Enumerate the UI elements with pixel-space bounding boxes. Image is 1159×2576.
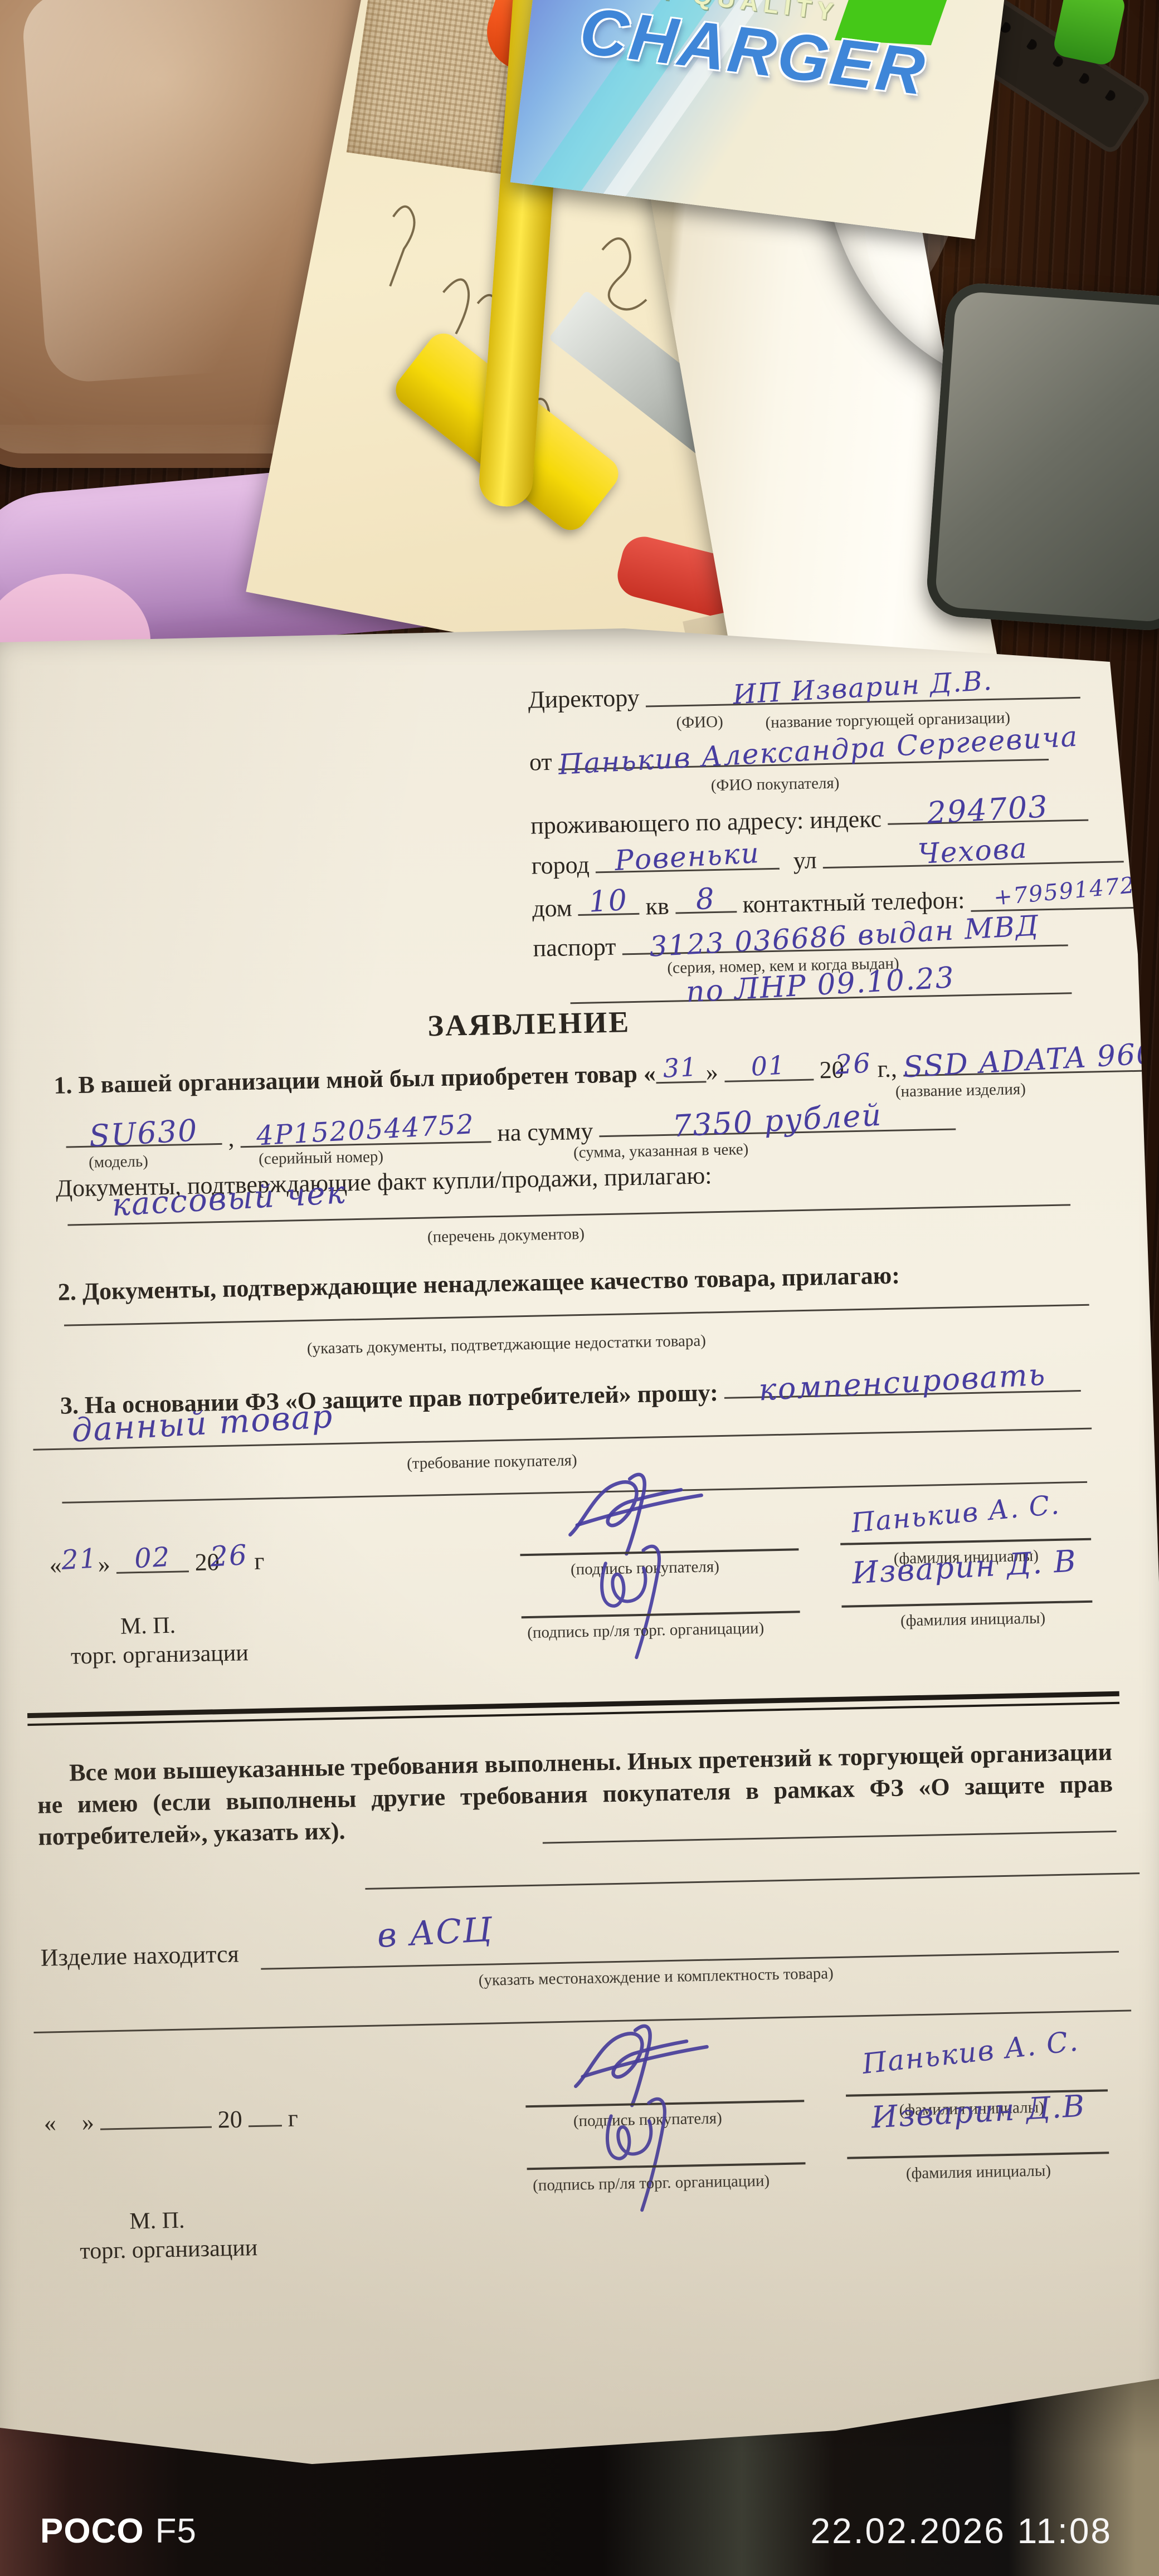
phone-field: +79591472639 <box>971 881 1159 911</box>
location-hint: (указать местонахождение и комплектность… <box>478 1964 834 1990</box>
sum-value: 7350 рублей <box>671 1097 883 1144</box>
from-label: от <box>529 748 552 776</box>
item1-quote: » <box>705 1058 718 1086</box>
location-value: в АСЦ <box>376 1910 494 1955</box>
form-title: ЗАЯВЛЕНИЕ <box>0 996 1067 1052</box>
item1-text: 1. В вашей организации мной был приобрет… <box>53 1060 656 1099</box>
device-model: F5 <box>155 2512 197 2550</box>
request-field-1: компенсировать <box>724 1365 1081 1399</box>
city-label: город <box>531 851 590 880</box>
closing-blank-line <box>365 1856 1139 1890</box>
purchase-month-value: 01 <box>751 1050 787 1082</box>
date-day: 21 <box>61 1543 99 1575</box>
director-row: Директору ИП Изварин Д.В. <box>528 672 1080 714</box>
from-field: Панькив Александра Сергеевича <box>558 734 1049 770</box>
apartment-field: 8 <box>675 886 737 914</box>
purchase-day-field: 31 <box>655 1056 706 1084</box>
address-label: проживающего по адресу: индекс <box>530 805 882 840</box>
phone-label: контактный телефон: <box>742 886 965 918</box>
device-name: POCO <box>40 2512 144 2550</box>
location-row: Изделие находится <box>40 1940 239 1972</box>
buyer-fio-hint: (ФИО покупателя) <box>711 774 840 796</box>
director-value: ИП Изварин Д.В. <box>732 665 993 711</box>
sign-bottom-date: «» 20 г <box>43 2100 298 2138</box>
house-value: 10 <box>588 884 629 919</box>
postal-code-value: 294703 <box>926 789 1049 831</box>
photo-of-claim-form: BEST QUALITY CHARGER Директору ИП Извари… <box>0 0 1159 2576</box>
item1-row2: SU630 , 4P1520544752 на сумму 7350 рубле… <box>66 1104 956 1155</box>
b-stamp-label: М. П. <box>129 2207 185 2235</box>
house-field: 10 <box>578 889 640 916</box>
from-row: от Панькив Александра Сергеевича <box>529 734 1049 777</box>
postal-code-field: 294703 <box>887 795 1088 825</box>
product-value: SSD ADATA 960gb <box>902 1035 1159 1085</box>
model-field: SU630 <box>66 1119 222 1148</box>
date-month-field: 02 <box>116 1546 189 1574</box>
claim-form: Директору ИП Изварин Д.В. (ФИО) (названи… <box>0 606 1159 2484</box>
date-month: 02 <box>133 1541 171 1574</box>
product-field: SSD ADATA 960gb <box>903 1045 1159 1077</box>
director-label: Директору <box>528 684 640 714</box>
passport-label: паспорт <box>533 933 616 962</box>
seller-sign-line <box>520 1573 800 1618</box>
camera-watermark-device: POCOF5 <box>40 2511 197 2551</box>
b-date-quote-close: » <box>81 2109 94 2136</box>
sign-top-date: «21» 02 2026 г <box>49 1544 265 1580</box>
sum-field: 7350 рублей <box>599 1104 956 1137</box>
serial-hint: (серийный номер) <box>259 1148 384 1168</box>
serial-field: 4P1520544752 <box>240 1116 491 1148</box>
city-field: Ровеньки <box>595 843 780 874</box>
street-field: Чехова <box>822 836 1124 869</box>
seller-surname-hint: (фамилия инициалы) <box>900 1609 1046 1630</box>
b-seller-surname-hint: (фамилия инициалы) <box>906 2162 1051 2183</box>
docs-hint: (перечень документов) <box>427 1225 585 1247</box>
city-value: Ровеньки <box>613 837 760 877</box>
b-date-month-field <box>100 2102 212 2130</box>
date-quote-close: » <box>98 1550 110 1578</box>
b-date-quote-open: « <box>43 2109 56 2136</box>
model-hint: (модель) <box>89 1153 148 1172</box>
city-row: город Ровеньки ул Чехова <box>531 836 1124 880</box>
date-quote-open: « <box>49 1552 62 1579</box>
product-hint: (название изделия) <box>895 1080 1026 1101</box>
camera-watermark-datetime: 22.02.2026 11:08 <box>811 2510 1113 2551</box>
fio-hint: (ФИО) <box>676 713 723 733</box>
house-label: дом <box>532 894 572 922</box>
passport-field: 3123 036686 выдан МВД <box>622 920 1068 955</box>
date-year: 26 <box>210 1539 249 1573</box>
b-seller-sign-hint: (подпись пр/ля торг. органицации) <box>533 2172 770 2196</box>
purchase-month-field: 01 <box>724 1055 814 1082</box>
apartment-label: кв <box>645 892 669 920</box>
b-seller-sign-line <box>526 2124 805 2170</box>
serial-value: 4P1520544752 <box>255 1109 475 1152</box>
street-label: ул <box>793 846 817 874</box>
purchase-day-value: 31 <box>663 1052 699 1084</box>
location-label: Изделие находится <box>40 1940 239 1972</box>
purchase-year-value: 26 <box>834 1047 872 1080</box>
b-stamp-label-2: торг. организации <box>80 2235 258 2265</box>
section-divider <box>27 1691 1119 1726</box>
item1-year-suffix: г., <box>877 1055 897 1083</box>
house-row: дом 10 кв 8 контактный телефон: +7959147… <box>532 877 1159 923</box>
phone-value: +79591472639 <box>992 869 1159 911</box>
seller-sign-hint: (подпись пр/ля торг. органицации) <box>527 1619 764 1643</box>
street-value: Чехова <box>917 832 1029 870</box>
b-date-year-field <box>248 2100 282 2127</box>
model-value: SU630 <box>89 1113 199 1154</box>
b-date-year-printed: 20 <box>217 2106 242 2134</box>
sum-label: на сумму <box>497 1118 593 1146</box>
date-suffix: г <box>254 1548 265 1575</box>
stamp-label-2: торг. организации <box>71 1640 249 1670</box>
sum-hint: (сумма, указанная в чеке) <box>573 1140 749 1162</box>
item1-separator: , <box>228 1124 235 1152</box>
item3-hint: (требование покупателя) <box>407 1451 577 1473</box>
desk-scene-top: BEST QUALITY CHARGER <box>0 0 1159 713</box>
grey-metal-box <box>925 281 1159 633</box>
apartment-value: 8 <box>695 882 716 916</box>
director-field: ИП Изварин Д.В. <box>645 672 1080 708</box>
b-date-suffix: г <box>288 2105 298 2132</box>
item2-hint: (указать документы, подтветджающие недос… <box>307 1332 707 1358</box>
stamp-label: М. П. <box>120 1612 176 1640</box>
claim-form-paper: Директору ИП Изварин Д.В. (ФИО) (названи… <box>0 628 1159 2484</box>
